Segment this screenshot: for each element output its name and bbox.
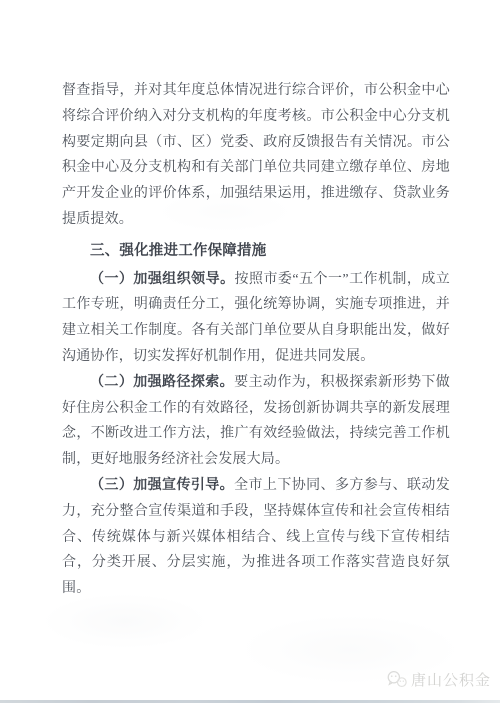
section-heading: 三、强化推进工作保障措施 bbox=[62, 239, 450, 265]
watermark-label: 唐山公积金 bbox=[411, 669, 491, 690]
paragraph-item-3: （三）加强宣传引导。全市上下协同、多方参与、联动发力，充分整合宣传渠道和手段，坚… bbox=[62, 473, 450, 602]
document-body: 督查指导，并对其年度总体情况进行综合评价，市公积金中心将综合评价纳入对分支机构的… bbox=[62, 78, 450, 602]
wechat-logo-icon bbox=[386, 670, 408, 689]
paragraph-lead: （二）加强路径探索。 bbox=[90, 375, 234, 390]
paragraph-item-2: （二）加强路径探索。要主动作为，积极探索新形势下做好住房公积金工作的有效路径，发… bbox=[62, 370, 450, 473]
paragraph-continuation: 督查指导，并对其年度总体情况进行综合评价，市公积金中心将综合评价纳入对分支机构的… bbox=[62, 78, 450, 233]
paragraph-lead: （三）加强宣传引导。 bbox=[90, 478, 234, 493]
paragraph-item-1: （一）加强组织领导。按照市委“五个一”工作机制，成立工作专班，明确责任分工，强化… bbox=[62, 267, 450, 370]
paragraph-lead: （一）加强组织领导。 bbox=[90, 272, 235, 287]
document-page: 督查指导，并对其年度总体情况进行综合评价，市公积金中心将综合评价纳入对分支机构的… bbox=[0, 0, 500, 706]
page-bottom-scan-band bbox=[0, 700, 500, 703]
paragraph-text: 全市上下协同、多方参与、联动发力，充分整合宣传渠道和手段，坚持媒体宣传和社会宣传… bbox=[62, 478, 450, 596]
paragraph-text: 督查指导，并对其年度总体情况进行综合评价，市公积金中心将综合评价纳入对分支机构的… bbox=[62, 83, 450, 227]
watermark: 唐山公积金 bbox=[386, 669, 491, 690]
